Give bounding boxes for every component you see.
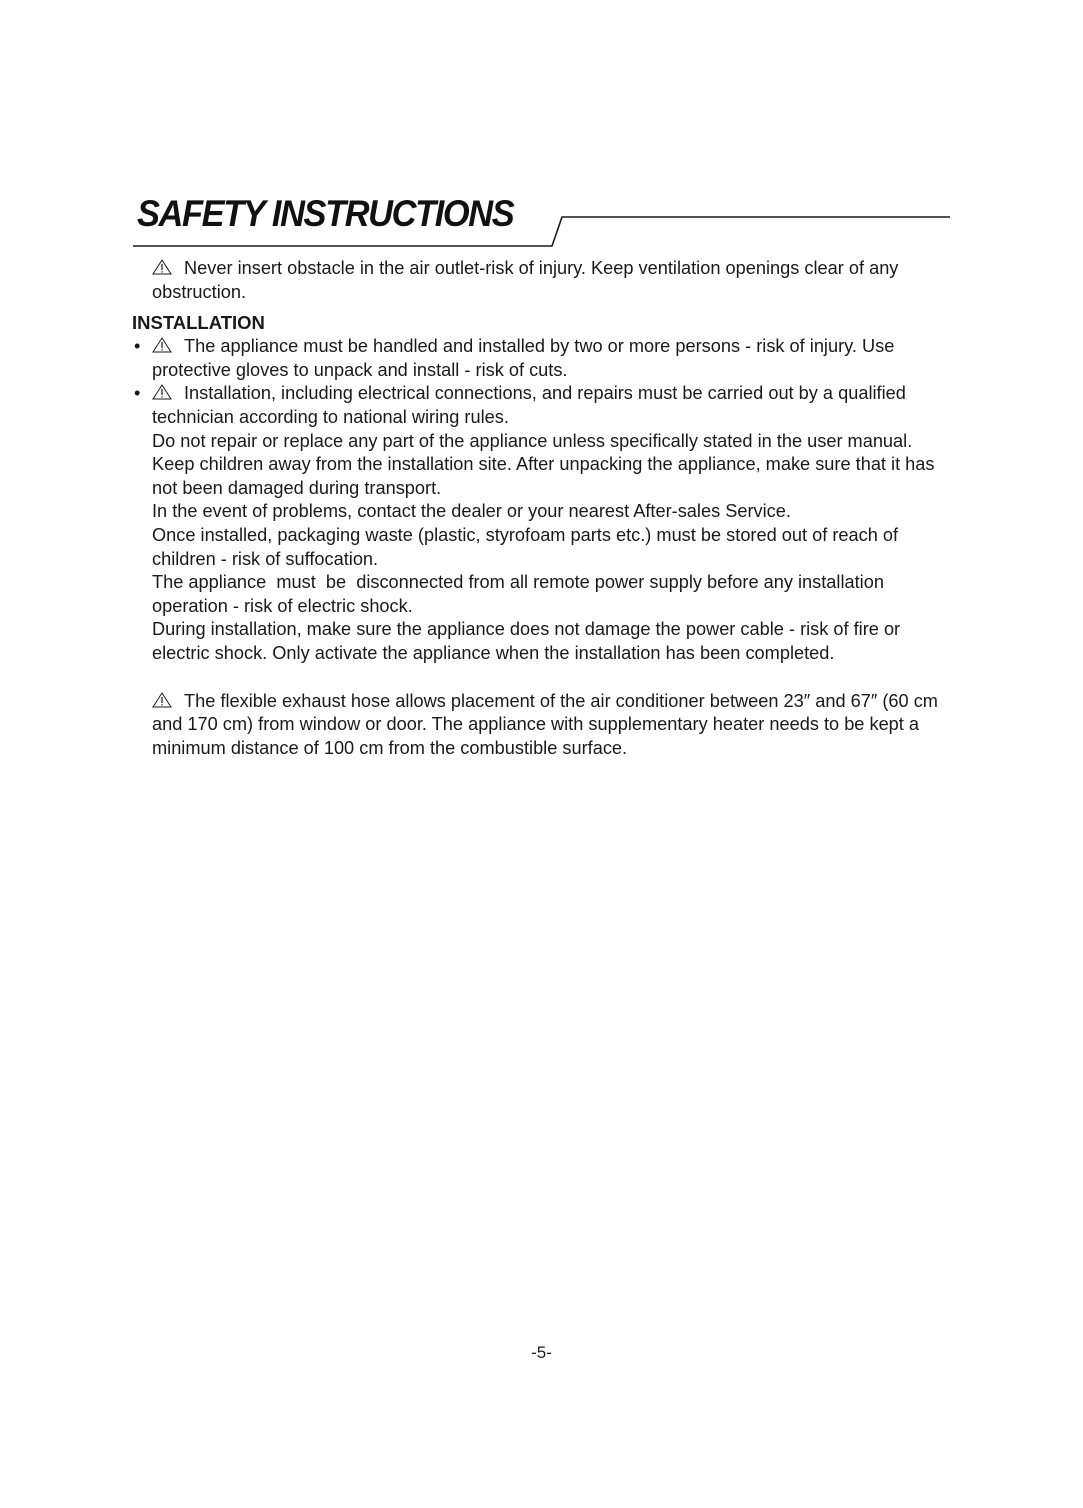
- intro-text: Never insert obstacle in the air outlet-…: [152, 258, 898, 302]
- bullet-dot: •: [134, 335, 140, 359]
- bullet-line: In the event of problems, contact the de…: [152, 500, 962, 524]
- intro-warning: Never insert obstacle in the air outlet-…: [132, 257, 962, 304]
- page-number: -5-: [0, 1343, 1083, 1363]
- warning-triangle-icon: [152, 337, 172, 353]
- bullet-text: The appliance must be handled and instal…: [152, 336, 894, 380]
- bullet-line: The appliance must be disconnected from …: [152, 571, 962, 618]
- note-text: The flexible exhaust hose allows placeme…: [152, 691, 938, 758]
- installation-bullet-2: • Installation, including electrical con…: [132, 382, 962, 665]
- spacer: [132, 666, 962, 690]
- section-heading-installation: INSTALLATION: [132, 311, 962, 335]
- bullet-line: Installation, including electrical conne…: [152, 382, 962, 429]
- installation-bullet-1: • The appliance must be handled and inst…: [132, 335, 962, 382]
- bullet-line: Keep children away from the installation…: [152, 453, 962, 500]
- bullet-dot: •: [134, 382, 140, 406]
- warning-triangle-icon: [152, 384, 172, 400]
- bullet-line: During installation, make sure the appli…: [152, 618, 962, 665]
- manual-page: SAFETY INSTRUCTIONS Never insert obstacl…: [0, 0, 1083, 1508]
- title-underline-rule: [0, 0, 1083, 260]
- document-body: Never insert obstacle in the air outlet-…: [132, 257, 962, 760]
- bullet-line: Once installed, packaging waste (plastic…: [152, 524, 962, 571]
- warning-triangle-icon: [152, 692, 172, 708]
- hose-placement-note: The flexible exhaust hose allows placeme…: [132, 690, 962, 761]
- bullet-line: Do not repair or replace any part of the…: [152, 430, 962, 454]
- warning-triangle-icon: [152, 259, 172, 275]
